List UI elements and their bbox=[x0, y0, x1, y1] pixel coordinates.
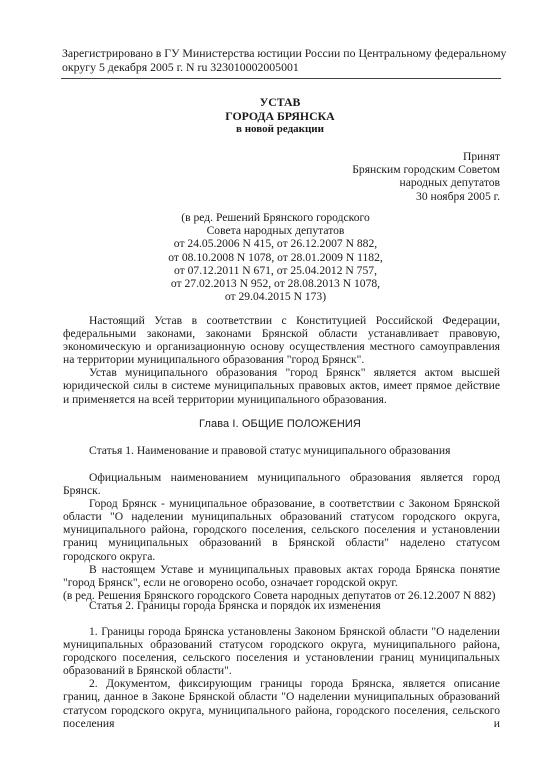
title-line-1: УСТАВ bbox=[0, 96, 535, 110]
title-line-2: ГОРОДА БРЯНСКА bbox=[0, 110, 535, 124]
article-2-paragraph-2: 2. Документом, фиксирующим границы город… bbox=[63, 677, 500, 729]
adopted-line-2: Брянским городским Советом bbox=[352, 163, 500, 176]
registration-note: Зарегистрировано в ГУ Министерства юстиц… bbox=[62, 46, 502, 74]
adopted-line-3: народных депутатов bbox=[352, 176, 500, 189]
article-1-paragraph-2: Город Брянск - муниципальное образование… bbox=[63, 497, 500, 562]
article-1-body: Официальным наименованием муниципального… bbox=[63, 471, 500, 602]
adoption-block: Принят Брянским городским Советом народн… bbox=[352, 150, 500, 203]
amendment-line: от 08.10.2008 N 1078, от 28.01.2009 N 11… bbox=[0, 251, 535, 264]
article-2-paragraph-1: 1. Границы города Брянска установлены За… bbox=[63, 625, 500, 677]
preamble-paragraph-1: Настоящий Устав в соответствии с Констит… bbox=[63, 314, 500, 366]
document-page: Зарегистрировано в ГУ Министерства юстиц… bbox=[0, 0, 535, 773]
registration-line-1: Зарегистрировано в ГУ Министерства юстиц… bbox=[62, 46, 502, 60]
article-2-body: 1. Границы города Брянска установлены За… bbox=[63, 625, 500, 730]
amendment-line: (в ред. Решений Брянского городского bbox=[0, 211, 535, 224]
article-1-paragraph-3: В настоящем Уставе и муниципальных право… bbox=[63, 563, 500, 589]
adopted-line-1: Принят bbox=[352, 150, 500, 163]
preamble-paragraph-2: Устав муниципального образования "город … bbox=[63, 366, 500, 405]
amendment-line: от 07.12.2011 N 671, от 25.04.2012 N 757… bbox=[0, 264, 535, 277]
document-title: УСТАВ ГОРОДА БРЯНСКА в новой редакции bbox=[0, 96, 535, 137]
article-1-paragraph-1: Официальным наименованием муниципального… bbox=[63, 471, 500, 497]
amendment-line: от 29.04.2015 N 173) bbox=[0, 290, 535, 303]
preamble: Настоящий Устав в соответствии с Констит… bbox=[63, 314, 500, 406]
article-1-heading: Статья 1. Наименование и правовой статус… bbox=[89, 444, 450, 457]
registration-line-2: округу 5 декабря 2005 г. N ru 3230100020… bbox=[62, 60, 502, 74]
amendment-line: от 24.05.2006 N 415, от 26.12.2007 N 882… bbox=[0, 237, 535, 250]
amendments-block: (в ред. Решений Брянского городского Сов… bbox=[0, 211, 535, 303]
title-line-3: в новой редакции bbox=[0, 123, 535, 137]
amendment-line: от 27.02.2013 N 952, от 28.08.2013 N 107… bbox=[0, 277, 535, 290]
adopted-line-4: 30 ноября 2005 г. bbox=[352, 190, 500, 203]
amendment-line: Совета народных депутатов bbox=[0, 224, 535, 237]
article-2-heading: Статья 2. Границы города Брянска и поряд… bbox=[89, 599, 381, 612]
header-divider bbox=[61, 78, 501, 79]
chapter-heading: Глава I. ОБЩИЕ ПОЛОЖЕНИЯ bbox=[0, 418, 535, 430]
